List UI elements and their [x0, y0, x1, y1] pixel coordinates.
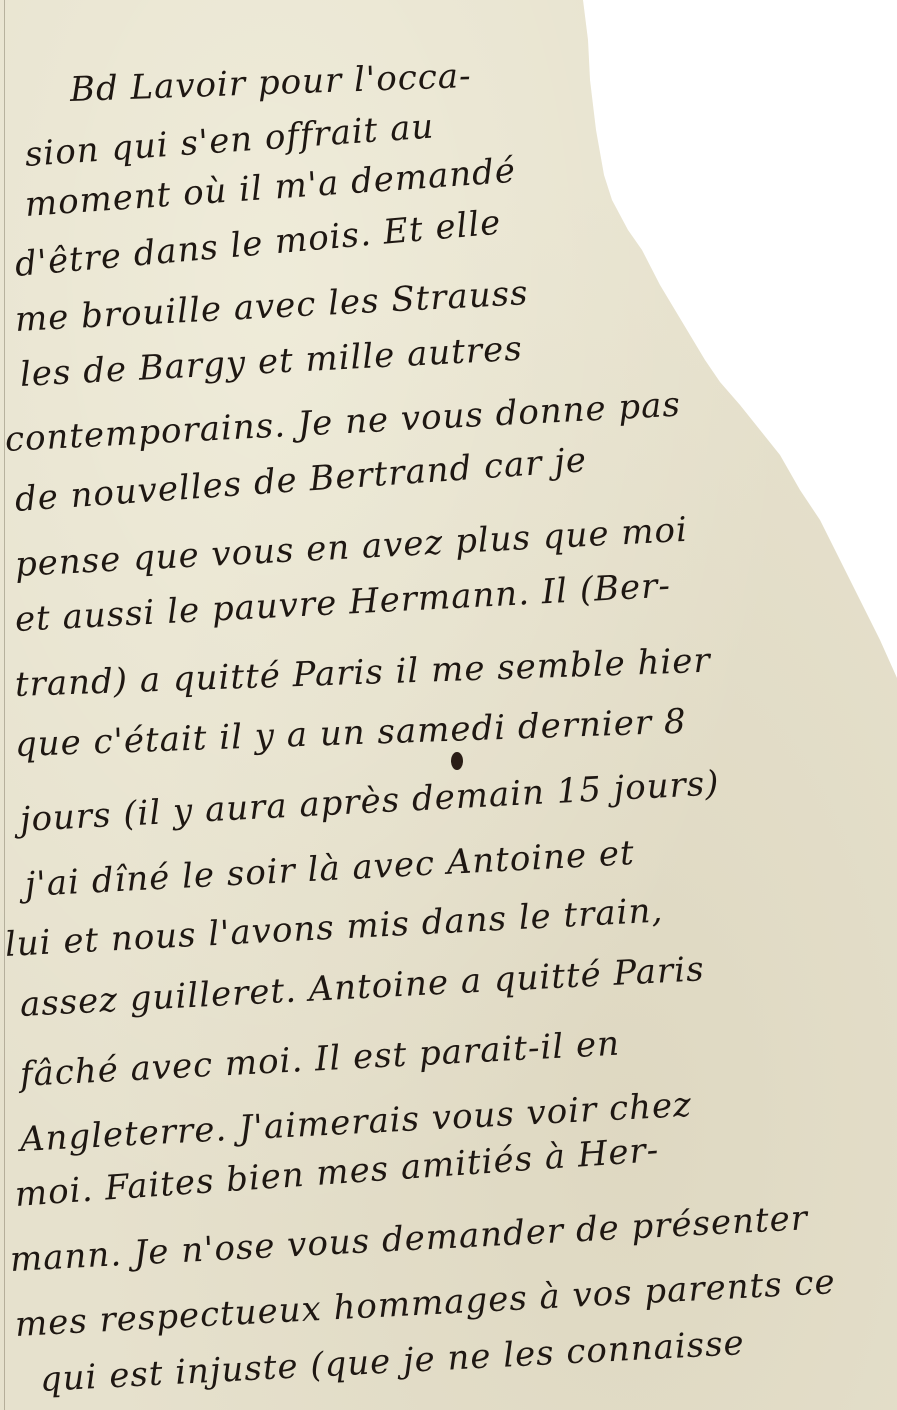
- handwritten-line: Bd Lavoir pour l'occa-: [69, 56, 472, 110]
- handwritten-line: que c'était il y a un samedi dernier 8: [14, 702, 687, 765]
- handwritten-line: lui et nous l'avons mis dans le train,: [4, 891, 664, 965]
- handwritten-line: assez guilleret. Antoine a quitté Paris: [19, 949, 706, 1025]
- handwritten-line: trand) a quitté Paris il me semble hier: [14, 641, 711, 705]
- handwritten-line: les de Bargy et mille autres: [19, 329, 524, 395]
- handwritten-text: Bd Lavoir pour l'occa-sion qui s'en offr…: [0, 0, 897, 1410]
- handwritten-line: jours (il y aura après demain 15 jours): [19, 763, 720, 840]
- ink-blot: [451, 752, 463, 770]
- handwritten-line: j'ai dîné le soir là avec Antoine et: [24, 833, 636, 905]
- handwritten-line: mann. Je n'ose vous demander de présente…: [9, 1198, 809, 1280]
- handwritten-line: me brouille avec les Strauss: [14, 273, 529, 340]
- letter-page: Bd Lavoir pour l'occa-sion qui s'en offr…: [0, 0, 897, 1410]
- handwritten-line: fâché avec moi. Il est parait-il en: [19, 1024, 621, 1095]
